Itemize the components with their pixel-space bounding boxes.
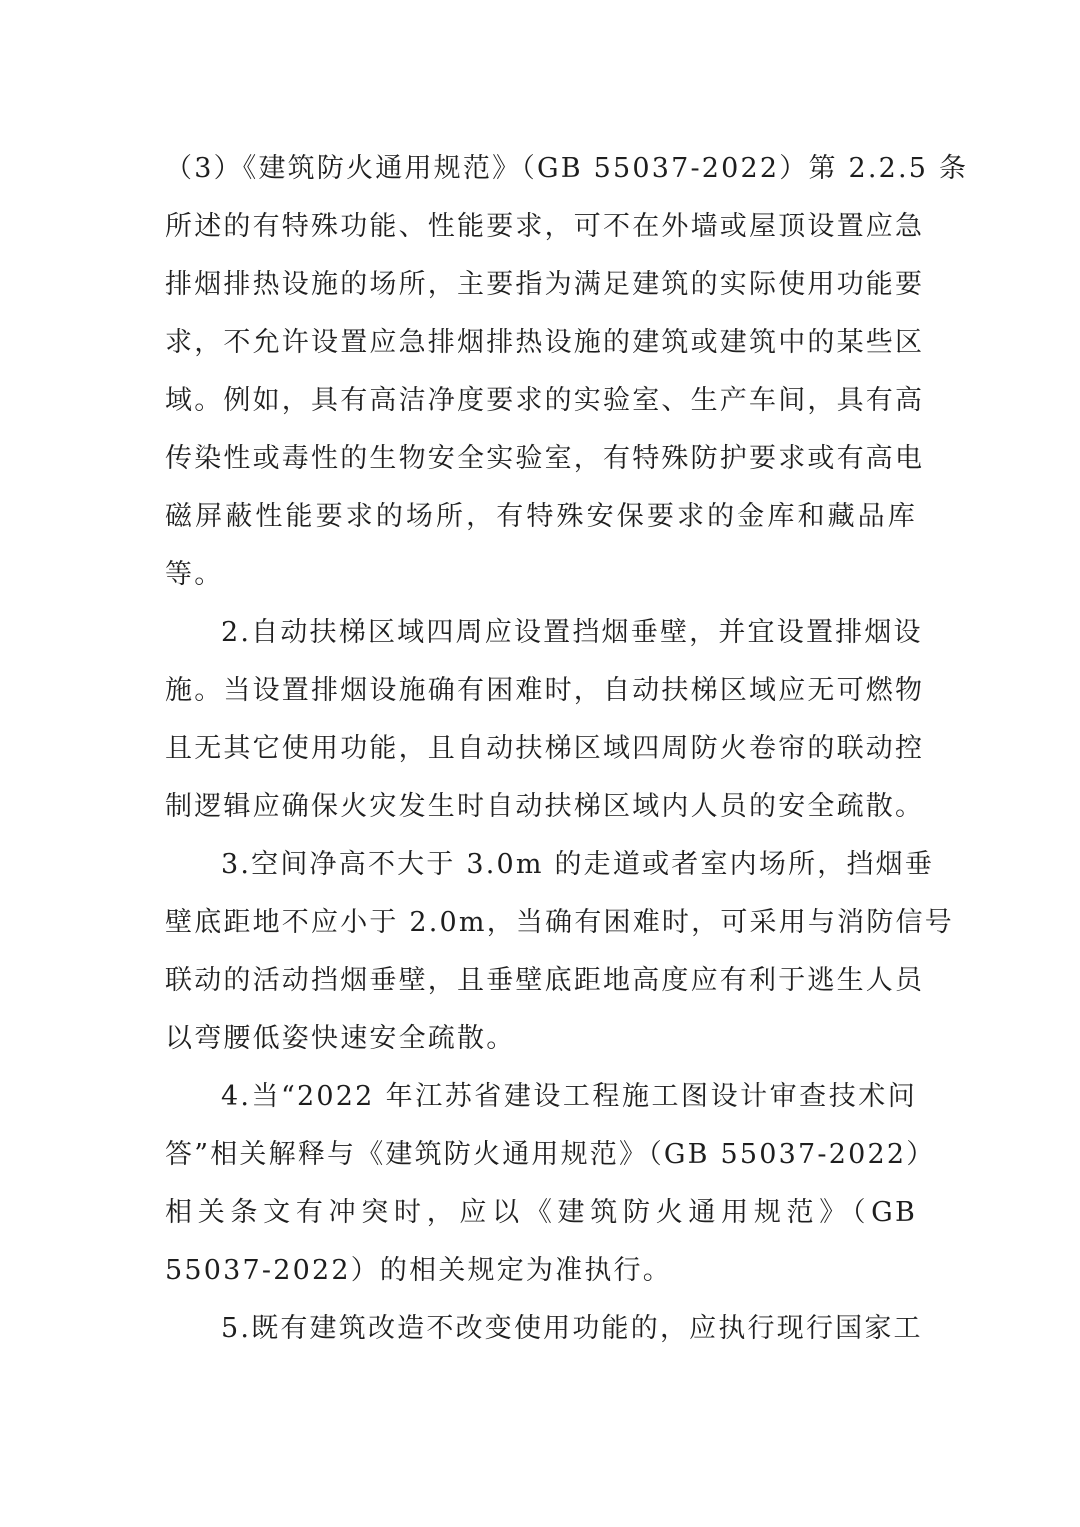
text-line: 答”相关解释与《建筑防火通用规范》（GB 55037-2022） — [165, 1126, 917, 1184]
text-line: 4.当“2022 年江苏省建设工程施工图设计审查技术问 — [165, 1068, 917, 1126]
text-line: 磁屏蔽性能要求的场所，有特殊安保要求的金库和藏品库 — [165, 488, 917, 546]
text-line: （3）《建筑防火通用规范》（GB 55037-2022）第 2.2.5 条 — [165, 140, 917, 198]
text-line: 传染性或毒性的生物安全实验室，有特殊防护要求或有高电 — [165, 430, 917, 488]
paragraph-item-3-sub: （3）《建筑防火通用规范》（GB 55037-2022）第 2.2.5 条 所述… — [165, 140, 917, 604]
text-line: 壁底距地不应小于 2.0m，当确有困难时，可采用与消防信号 — [165, 894, 917, 952]
text-line: 等。 — [165, 546, 917, 604]
text-line: 求，不允许设置应急排烟排热设施的建筑或建筑中的某些区 — [165, 314, 917, 372]
text-line: 施。当设置排烟设施确有困难时，自动扶梯区域应无可燃物 — [165, 662, 917, 720]
paragraph-item-2: 2.自动扶梯区域四周应设置挡烟垂壁，并宜设置排烟设 施。当设置排烟设施确有困难时… — [165, 604, 917, 836]
text-line: 5.既有建筑改造不改变使用功能的，应执行现行国家工 — [165, 1300, 917, 1358]
text-line: 55037-2022）的相关规定为准执行。 — [165, 1242, 917, 1300]
text-line: 联动的活动挡烟垂壁，且垂壁底距地高度应有利于逃生人员 — [165, 952, 917, 1010]
text-line: 制逻辑应确保火灾发生时自动扶梯区域内人员的安全疏散。 — [165, 778, 917, 836]
text-line: 3.空间净高不大于 3.0m 的走道或者室内场所，挡烟垂 — [165, 836, 917, 894]
text-line: 相关条文有冲突时，应以《建筑防火通用规范》（GB — [165, 1184, 917, 1242]
text-line: 且无其它使用功能，且自动扶梯区域四周防火卷帘的联动控 — [165, 720, 917, 778]
text-line: 2.自动扶梯区域四周应设置挡烟垂壁，并宜设置排烟设 — [165, 604, 917, 662]
paragraph-item-3: 3.空间净高不大于 3.0m 的走道或者室内场所，挡烟垂 壁底距地不应小于 2.… — [165, 836, 917, 1068]
text-line: 所述的有特殊功能、性能要求，可不在外墙或屋顶设置应急 — [165, 198, 917, 256]
paragraph-item-4: 4.当“2022 年江苏省建设工程施工图设计审查技术问 答”相关解释与《建筑防火… — [165, 1068, 917, 1300]
text-line: 以弯腰低姿快速安全疏散。 — [165, 1010, 917, 1068]
document-page: （3）《建筑防火通用规范》（GB 55037-2022）第 2.2.5 条 所述… — [165, 140, 917, 1358]
text-line: 排烟排热设施的场所，主要指为满足建筑的实际使用功能要 — [165, 256, 917, 314]
paragraph-item-5: 5.既有建筑改造不改变使用功能的，应执行现行国家工 — [165, 1300, 917, 1358]
text-line: 域。例如，具有高洁净度要求的实验室、生产车间，具有高 — [165, 372, 917, 430]
